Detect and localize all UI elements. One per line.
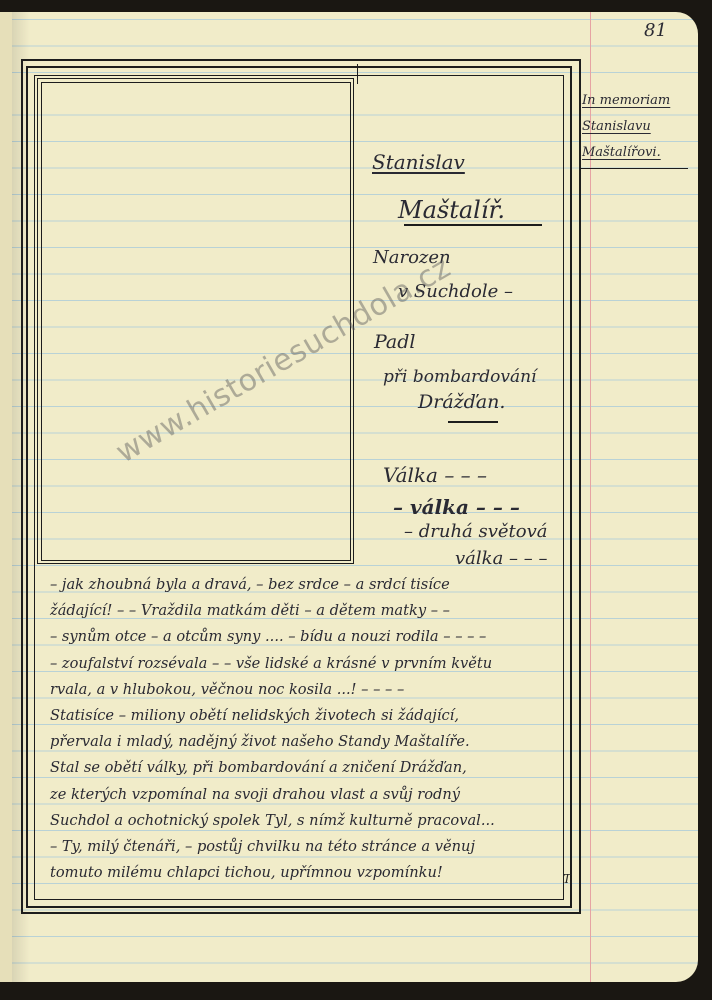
surname-rule [404,224,542,226]
fell-place: Drážďan. [418,391,505,413]
text-line: žádající! – – Vraždila matkám děti – a d… [50,598,570,624]
dedication-rule [580,168,688,169]
text-line: ze kterých vzpomínal na svoji drahou vla… [50,782,570,808]
fell-rule [448,421,498,423]
text-line: Suchdol a ochotnický spolek Tyl, s nímž … [50,808,570,834]
memorial-text: – jak zhoubná byla a dravá, – bez srdce … [50,572,570,886]
first-name: Stanislav [372,150,465,174]
page-number: 81 [644,20,667,41]
war-line: Válka – – – [383,463,487,487]
text-line: – zoufalství rozsévala – – vše lidské a … [50,651,570,677]
dedication-line: In memoriam [582,92,692,109]
dedication-line: Maštalířovi. [582,144,692,161]
text-line: – jak zhoubná byla a dravá, – bez srdce … [50,572,570,598]
war-line: – válka – – – [393,495,520,519]
photo-placeholder-inner [41,82,351,561]
text-line: – Ty, milý čtenáři, – postůj chvilku na … [50,834,570,860]
fell-label: Padl [374,331,416,353]
text-line: – synům otce – a otcům syny .... – bídu … [50,624,570,650]
text-line: rvala, a v hlubokou, věčnou noc kosila .… [50,677,570,703]
text-line: Statisíce – miliony obětí nelidských živ… [50,703,570,729]
war-line: válka – – – [455,548,547,569]
signature-mark: T. [563,872,573,886]
dedication-block: In memoriam Stanislavu Maštalířovi. [582,92,692,170]
text-line: tomuto milému chlapci tichou, upřímnou v… [50,860,570,886]
war-line: – druhá světová [404,521,548,542]
surname: Maštalíř. [398,196,505,224]
text-line: Stal se obětí války, při bombardování a … [50,755,570,781]
dedication-line: Stanislavu [582,118,692,135]
text-line: přervala i mladý, nadějný život našeho S… [50,729,570,755]
fell-circumstance: při bombardování [383,367,536,387]
frame-divider [357,64,358,84]
